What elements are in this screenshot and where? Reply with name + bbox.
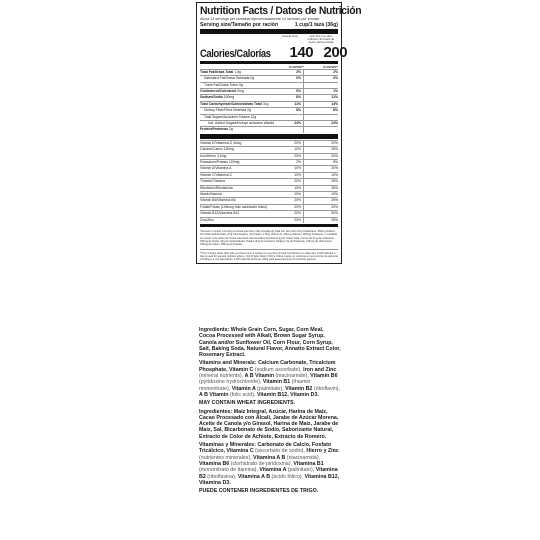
vitamin-row: Calcium/Calcio 130mg10%25% xyxy=(200,146,338,152)
row-label: Sodium/Sodio 190mg xyxy=(200,95,274,100)
ingredient-note-text: (riboflavina), xyxy=(207,474,238,480)
dv-cereal: 20% xyxy=(274,205,304,210)
vitamin-row: Vitamin B6/Vitamina B6 20%25% xyxy=(200,197,338,203)
nutrient-amount: 2g xyxy=(247,108,251,112)
row-label: Potassium/Potasio 100mg xyxy=(200,160,274,165)
nutrient-row: Total Sugars/Azúcares Totales 12g xyxy=(200,114,338,120)
dv-with-milk: 24% xyxy=(304,121,338,126)
vitamin-row: Zinc/Zinc 20%25% xyxy=(200,217,338,223)
nutrient-name: Cholesterol/Colesterol xyxy=(200,89,236,93)
vitamin-row: Vitamin D/Vitamina D 4mcg20%20% xyxy=(200,140,338,146)
row-label: Zinc/Zinc xyxy=(200,218,274,223)
vitamin-row: Vitamin C/Vitamina C 10%10% xyxy=(200,172,338,178)
calories-row: Calories/Calorías 140 200 xyxy=(200,45,338,60)
row-label: Vitamin B12/Vitamina B12 xyxy=(200,211,274,216)
nutrient-name: Sodium/Sodio xyxy=(200,95,223,99)
nutrient-name: Zinc/Zinc xyxy=(200,218,214,222)
dv-with-milk: 14% xyxy=(304,102,338,107)
nutrient-name: Folate/Folato xyxy=(200,205,220,209)
nutrient-amount: (145mcg folic acid/ácido fólico) xyxy=(221,205,267,209)
dv-cereal: 2% xyxy=(274,160,304,165)
ingredient-bold-text: Vitamina A xyxy=(259,467,287,473)
calories-with-milk: 200 xyxy=(313,45,347,60)
nutrient-name: Total Sugars/Azúcares Totales xyxy=(204,115,250,119)
nutrient-name: Vitamin C/Vitamina C xyxy=(200,173,232,177)
nutrient-name: Vitamin D/Vitamina D xyxy=(200,141,232,145)
row-label: Riboflavin/Riboflavina xyxy=(200,186,274,191)
row-label: Vitamin A/Vitamina A xyxy=(200,166,274,171)
vitamin-row: Riboflavin/Riboflavina 10%35% xyxy=(200,185,338,191)
dv-cereal: 20% xyxy=(274,218,304,223)
column-headers: Cereal Only with 3/4 cup skim milk/con 3… xyxy=(200,35,338,45)
ingredient-note-text: (clorhidrato de piridoxina), xyxy=(231,461,294,467)
dv-cereal: 10% xyxy=(274,173,304,178)
serving-size-value: 1 cup/1 taza (36g) xyxy=(295,22,338,28)
dv-cereal: 20% xyxy=(274,198,304,203)
ingredient-note-text: (folic acid), xyxy=(230,392,257,398)
dv-cereal: 20% xyxy=(274,154,304,159)
dv-cereal: 0% xyxy=(274,76,304,81)
nutrient-name: Protein/Proteínas xyxy=(200,127,228,131)
dv-with-milk: 20% xyxy=(304,166,338,171)
nutrient-amount: 4mcg xyxy=(233,141,241,145)
dv-cereal: 20% xyxy=(274,211,304,216)
calories-label: Calories/Calorías xyxy=(200,48,271,60)
vitamins-minerals-english: Vitamins and Minerals: Calcium Carbonate… xyxy=(199,360,341,398)
dv-with-milk: 2% xyxy=(304,70,338,75)
ingredient-bold-text: Vitamin B12, Vitamin D3. xyxy=(257,392,319,398)
ingredient-note-text: (niacinamida), xyxy=(287,455,320,461)
nutrient-name: Potassium/Potasio xyxy=(200,160,228,164)
nutrient-row: Trans Fat/Grasa Trans 0g xyxy=(200,82,338,88)
dv-with-milk: 35% xyxy=(304,186,338,191)
vitamin-row: Potassium/Potasio 100mg2%8% xyxy=(200,159,338,165)
nutrient-name: Niacin/Niacina xyxy=(200,192,222,196)
dv-with-milk xyxy=(304,127,338,132)
dv-cereal: 10% xyxy=(274,166,304,171)
dv-cereal xyxy=(274,115,304,120)
nutrient-name: Trans Fat/Grasa Trans xyxy=(204,83,238,87)
vitamin-row: Vitamin A/Vitamina A 10%20% xyxy=(200,165,338,171)
dv-cereal xyxy=(274,127,304,132)
row-label: Dietary Fiber/Fibra Dietética 2g xyxy=(200,108,274,113)
allergen-spanish: PUEDE CONTENER INGREDIENTES DE TRIGO. xyxy=(199,488,341,494)
row-label: Total Fat/Grasa Total 1.5g xyxy=(200,70,274,75)
nutrient-amount: 31g xyxy=(263,102,269,106)
dv-with-milk: 8% xyxy=(304,160,338,165)
calories-cereal: 140 xyxy=(283,45,313,60)
vitamin-row: Niacin/Niacina 10%10% xyxy=(200,191,338,197)
row-label: Incl. Added Sugars/Incluye azúcares añad… xyxy=(200,121,274,126)
row-label: Vitamin C/Vitamina C xyxy=(200,173,274,178)
nutrient-amount: 1.5g xyxy=(234,70,241,74)
row-label: Saturated Fat/Grasa Saturada 0g xyxy=(200,76,274,81)
nutrient-name: Incl. Added Sugars/Incluye azúcares añad… xyxy=(208,121,274,125)
dv-cereal: 8% xyxy=(274,108,304,113)
vitamin-table: Vitamin D/Vitamina D 4mcg20%20%Calcium/C… xyxy=(200,140,338,223)
nutrient-amount: 130mg xyxy=(224,147,234,151)
dv-with-milk: 10% xyxy=(304,192,338,197)
nutrient-row: Sodium/Sodio 190mg8%11% xyxy=(200,94,338,100)
divider-thick xyxy=(200,134,338,139)
dv-with-milk: 25% xyxy=(304,179,338,184)
ingredient-note-text: (ascorbato de sodio), xyxy=(255,448,306,454)
nutrient-name: Calcium/Calcio xyxy=(200,147,223,151)
dv-cereal: 2% xyxy=(274,70,304,75)
dv-cereal: 10% xyxy=(274,186,304,191)
row-label: Thiamin/Tiamina xyxy=(200,179,274,184)
nutrient-name: Riboflavin/Riboflavina xyxy=(200,186,233,190)
nutrition-facts-panel: Nutrition Facts / Datos de Nutrición Abo… xyxy=(196,2,342,264)
nutrient-row: Cholesterol/Colesterol 0mg0%1% xyxy=(200,88,338,94)
ingredient-note-text: (ácido fólico), xyxy=(272,474,305,480)
dv-with-milk: 8% xyxy=(304,108,338,113)
ingredient-bold-text: Vitamina B1 xyxy=(293,461,323,467)
dv-cereal: 24% xyxy=(274,121,304,126)
dv-with-milk: 25% xyxy=(304,147,338,152)
nutrient-name: Total Fat/Grasa Total xyxy=(200,70,233,74)
nutrient-amount: 0g xyxy=(250,76,254,80)
dv-cereal: 20% xyxy=(274,141,304,146)
ingredient-note-text: (palmitato), xyxy=(288,467,316,473)
vitamin-row: Thiamin/Tiamina 20%25% xyxy=(200,178,338,184)
serving-size-label: Serving size/Tamaño por ración xyxy=(200,22,278,28)
ingredient-bold-text: Vitamina A B xyxy=(238,474,272,480)
vitamin-row: Folate/Folato (145mcg folic acid/ácido f… xyxy=(200,204,338,210)
nutrient-name: Thiamin/Tiamina xyxy=(200,179,225,183)
ingredient-bold-text: Vitamin B6 xyxy=(310,373,337,379)
row-label: Trans Fat/Grasa Trans 0g xyxy=(200,83,274,88)
vitamin-row: Vitamin B12/Vitamina B12 20%50% xyxy=(200,210,338,216)
footnote-daily-value: **The % Daily Value (DV) tells you how m… xyxy=(200,249,338,264)
nutrient-name: Vitamin A/Vitamina A xyxy=(200,166,231,170)
nutrient-row: Total Fat/Grasa Total 1.5g2%2% xyxy=(200,69,338,75)
nutrient-table: Total Fat/Grasa Total 1.5g2%2%Saturated … xyxy=(200,69,338,133)
dv-with-milk: 10% xyxy=(304,173,338,178)
nutrient-name: Dietary Fiber/Fibra Dietética xyxy=(204,108,246,112)
ingredient-bold-text: Vitamina A B xyxy=(253,455,287,461)
ingredient-bold-text: Hierro y Zinc xyxy=(306,448,338,454)
ingredient-bold-text: Vitamina B6 xyxy=(199,461,231,467)
row-label: Total Sugars/Azúcares Totales 12g xyxy=(200,115,274,120)
row-label: Vitamin B6/Vitamina B6 xyxy=(200,198,274,203)
row-label: Folate/Folato (145mcg folic acid/ácido f… xyxy=(200,205,274,210)
nutrient-amount: 12g xyxy=(251,115,257,119)
nutrient-row: Incl. Added Sugars/Incluye azúcares añad… xyxy=(200,120,338,126)
nutrient-amount: 190mg xyxy=(224,95,234,99)
label-title: Nutrition Facts / Datos de Nutrición xyxy=(200,5,328,17)
ingredients-english: Ingredients: Whole Grain Corn, Sugar, Co… xyxy=(199,327,341,358)
dv-cereal: 20% xyxy=(274,179,304,184)
nutrient-amount: 3.6mg xyxy=(217,154,226,158)
nutrient-name: Saturated Fat/Grasa Saturada xyxy=(204,76,249,80)
nutrient-row: Protein/Proteínas 2g xyxy=(200,126,338,132)
dv-cereal xyxy=(274,83,304,88)
divider-medium xyxy=(200,61,338,64)
dv-cereal: 10% xyxy=(274,147,304,152)
allergen-english: MAY CONTAIN WHEAT INGREDIENTS. xyxy=(199,400,341,406)
dv-cereal: 11% xyxy=(274,102,304,107)
ingredient-note-text: (niacinamide), xyxy=(276,373,311,379)
dv-with-milk: 20% xyxy=(304,154,338,159)
dv-with-milk xyxy=(304,115,338,120)
ingredient-bold-text: Iron and Zinc xyxy=(303,367,336,373)
ingredients-spanish: Ingredientes: Maíz Integral, Azúcar, Har… xyxy=(199,409,341,440)
row-label: Niacin/Niacina xyxy=(200,192,274,197)
footnote-amounts: *Amount in cereal. A serving of cereal p… xyxy=(200,228,338,248)
ingredient-note-text: (pyridoxine hydrochloride), xyxy=(199,379,263,385)
dv-with-milk: 20% xyxy=(304,205,338,210)
dv-with-milk: 1% xyxy=(304,89,338,94)
ingredient-bold-text: Vitamin B1 xyxy=(263,379,292,385)
dv-cereal: 10% xyxy=(274,192,304,197)
nutrient-name: Iron/Hierro xyxy=(200,154,216,158)
dv-with-milk: 0% xyxy=(304,76,338,81)
row-label: Protein/Proteínas 2g xyxy=(200,127,274,132)
dv-with-milk: 11% xyxy=(304,95,338,100)
row-label: Calcium/Calcio 130mg xyxy=(200,147,274,152)
nutrient-amount: 100mg xyxy=(229,160,239,164)
nutrient-amount: 0mg xyxy=(237,89,244,93)
dv-cereal: 0% xyxy=(274,89,304,94)
ingredient-bold-text: Vitamin B2 xyxy=(285,386,314,392)
vitamin-row: Iron/Hierro 3.6mg20%20% xyxy=(200,153,338,159)
nutrient-name: Total Carbohydrate/Carbohidrato Total xyxy=(200,102,262,106)
dv-with-milk: 25% xyxy=(304,198,338,203)
divider-thick xyxy=(200,29,338,34)
dv-cereal: 8% xyxy=(274,95,304,100)
ingredient-note-text: (mineral nutrients), xyxy=(199,373,245,379)
nutrient-name: Vitamin B12/Vitamina B12 xyxy=(200,211,239,215)
dv-with-milk xyxy=(304,83,338,88)
ingredient-note-text: (nutrientes minerales), xyxy=(199,455,253,461)
dv-with-milk: 20% xyxy=(304,141,338,146)
dv-with-milk: 50% xyxy=(304,211,338,216)
ingredient-note-text: (palmitate), xyxy=(257,386,285,392)
calories-values: 140 200 xyxy=(283,45,347,60)
ingredient-note-text: (mononitrato de tiamina), xyxy=(199,467,259,473)
nutrient-row: Total Carbohydrate/Carbohidrato Total 31… xyxy=(200,101,338,107)
dv-with-milk: 25% xyxy=(304,218,338,223)
nutrient-name: Vitamin B6/Vitamina B6 xyxy=(200,198,236,202)
ingredients-section: Ingredients: Whole Grain Corn, Sugar, Co… xyxy=(199,327,341,496)
ingredient-bold-text: Vitamin A xyxy=(232,386,257,392)
ingredient-bold-text: A B Vitamin xyxy=(199,392,230,398)
row-label: Total Carbohydrate/Carbohidrato Total 31… xyxy=(200,102,274,107)
row-label: Iron/Hierro 3.6mg xyxy=(200,154,274,159)
serving-size-row: Serving size/Tamaño por ración 1 cup/1 t… xyxy=(200,22,338,28)
vitamins-minerals-spanish: Vitaminas y Minerales: Carbonato de Calc… xyxy=(199,442,341,486)
nutrient-amount: 0g xyxy=(239,83,243,87)
ingredient-note-text: (riboflavin), xyxy=(314,386,340,392)
row-label: Vitamin D/Vitamina D 4mcg xyxy=(200,141,274,146)
nutrient-row: Saturated Fat/Grasa Saturada 0g0%0% xyxy=(200,75,338,81)
nutrient-row: Dietary Fiber/Fibra Dietética 2g8%8% xyxy=(200,107,338,113)
dv-header-cereal: % DV/VD** xyxy=(274,65,304,69)
ingredient-note-text: (sodium ascorbate), xyxy=(255,367,303,373)
row-label: Cholesterol/Colesterol 0mg xyxy=(200,89,274,94)
divider-medium xyxy=(200,224,338,227)
dv-header-with-milk: % DV/VD** xyxy=(304,65,338,69)
nutrient-amount: 2g xyxy=(229,127,233,131)
ingredient-bold-text: A B Vitamin xyxy=(245,373,276,379)
